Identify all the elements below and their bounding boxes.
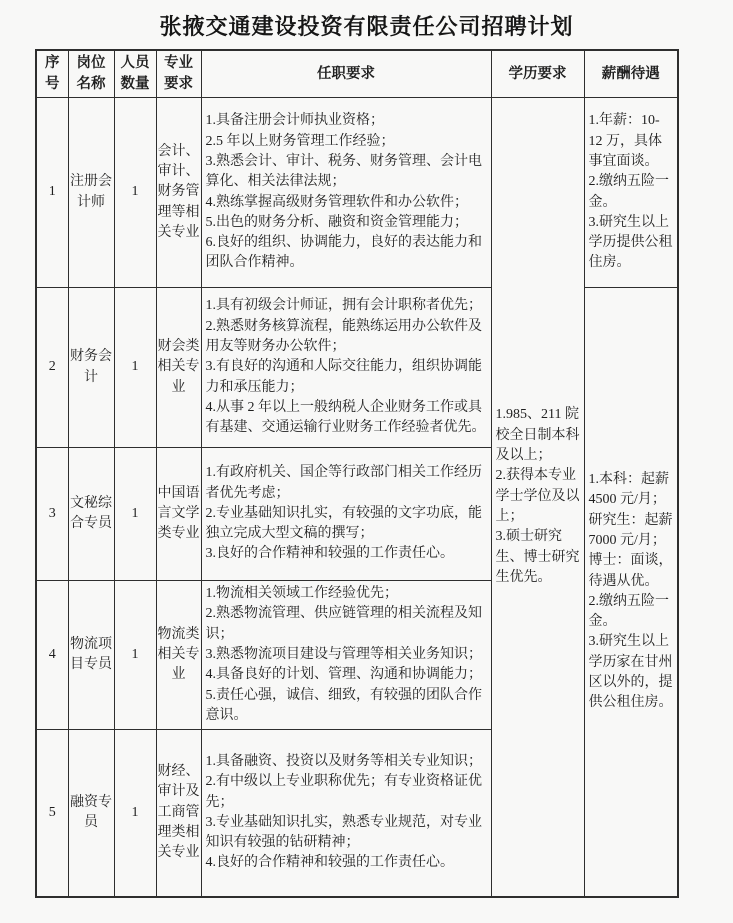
header-col-headcount: 人员数量	[114, 50, 156, 98]
cell-headcount: 1	[114, 98, 156, 288]
cell-major: 财经、审计及工商管理类相关专业	[156, 730, 201, 897]
cell-major: 中国语言文学类专业	[156, 448, 201, 581]
cell-no: 1	[36, 98, 68, 288]
header-row: 序号 岗位名称 人员数量 专业要求 任职要求 学历要求 薪酬待遇	[36, 50, 678, 98]
cell-salary-row1: 1.年薪：10-12 万，具体事宜面谈。 2.缴纳五险一金。 3.研究生以上学历…	[584, 98, 678, 288]
cell-no: 5	[36, 730, 68, 897]
cell-position: 融资专员	[68, 730, 114, 897]
cell-requirements: 1.有政府机关、国企等行政部门相关工作经历者优先考虑； 2.专业基础知识扎实，有…	[201, 448, 491, 581]
header-col-no: 序号	[36, 50, 68, 98]
cell-position: 财务会计	[68, 288, 114, 448]
header-col-major: 专业要求	[156, 50, 201, 98]
table-row-1: 1 注册会计师 1 会计、审计、财务管理等相关专业 1.具备注册会计师执业资格；…	[36, 98, 678, 288]
header-col-position: 岗位名称	[68, 50, 114, 98]
cell-requirements: 1.具有初级会计师证，拥有会计职称者优先； 2.熟悉财务核算流程，能熟练运用办公…	[201, 288, 491, 448]
cell-no: 2	[36, 288, 68, 448]
cell-headcount: 1	[114, 448, 156, 581]
header-col-salary: 薪酬待遇	[584, 50, 678, 98]
header-col-education: 学历要求	[491, 50, 584, 98]
cell-headcount: 1	[114, 730, 156, 897]
cell-no: 4	[36, 581, 68, 730]
cell-salary-merged: 1.本科：起薪 4500 元/月；研究生：起薪 7000 元/月；博士：面谈，待…	[584, 288, 678, 897]
cell-major: 物流类相关专业	[156, 581, 201, 730]
cell-major: 财会类相关专业	[156, 288, 201, 448]
recruitment-plan-table: 序号 岗位名称 人员数量 专业要求 任职要求 学历要求 薪酬待遇 1 注册会计师…	[35, 49, 679, 898]
cell-headcount: 1	[114, 288, 156, 448]
cell-requirements: 1.具备注册会计师执业资格； 2.5 年以上财务管理工作经验； 3.熟悉会计、审…	[201, 98, 491, 288]
cell-requirements: 1.具备融资、投资以及财务等相关专业知识； 2.有中级以上专业职称优先；有专业资…	[201, 730, 491, 897]
cell-education-merged: 1.985、211 院校全日制本科及以上； 2.获得本专业学士学位及以上； 3.…	[491, 98, 584, 897]
cell-requirements: 1.物流相关领域工作经验优先； 2.熟悉物流管理、供应链管理的相关流程及知识； …	[201, 581, 491, 730]
header-col-requirements: 任职要求	[201, 50, 491, 98]
page-title: 张掖交通建设投资有限责任公司招聘计划	[0, 0, 733, 41]
cell-position: 文秘综合专员	[68, 448, 114, 581]
cell-position: 注册会计师	[68, 98, 114, 288]
cell-major: 会计、审计、财务管理等相关专业	[156, 98, 201, 288]
document-page: 张掖交通建设投资有限责任公司招聘计划 序号 岗位名称 人员数量 专业要求 任职要…	[0, 0, 733, 923]
cell-no: 3	[36, 448, 68, 581]
cell-headcount: 1	[114, 581, 156, 730]
cell-position: 物流项目专员	[68, 581, 114, 730]
